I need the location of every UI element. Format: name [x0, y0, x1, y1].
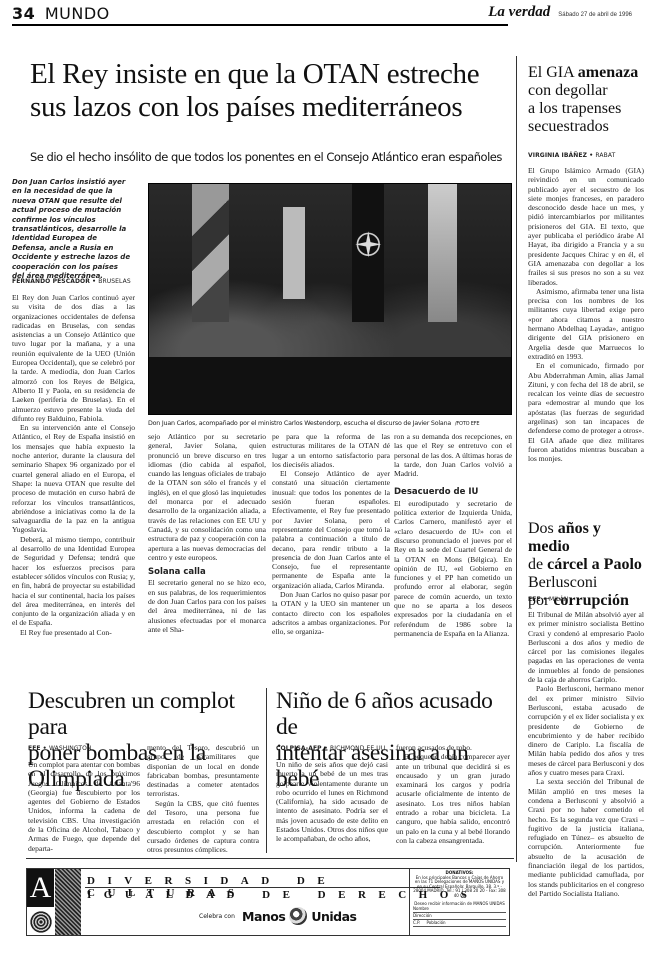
headline-part: Dos [528, 520, 558, 537]
paragraph: Según la CBS, que citó fuentes del Tesor… [147, 799, 259, 855]
headline-line-1: Descubren un complot para [28, 688, 268, 740]
gia-headline: El GIA amenaza con degollar a los trapen… [528, 64, 646, 136]
nino-byline: COLPISA-AFP • RICHMOND EE UU [276, 745, 396, 752]
headline-part: cárcel a Paolo [547, 556, 642, 573]
flag [283, 207, 305, 299]
ad-divider [85, 887, 440, 888]
paragraph: El eurodiputado y secretario de política… [394, 499, 512, 638]
byline-author: FERNANDO PESCADOR [12, 278, 90, 285]
paragraph: El secretario general no se hizo eco, en… [148, 578, 266, 634]
field-label: Población [426, 920, 445, 925]
headline-line-3: Berlusconi [528, 574, 646, 592]
complot-col-2: mento del Tesoro, descubrió un grupo de … [147, 743, 259, 855]
masthead: La verdad Sábado 27 de abril de 1996 [488, 4, 632, 21]
paragraph: El pequeño debía comparecer ayer ante un… [396, 752, 510, 845]
byline-location: MILÁN [549, 596, 569, 603]
headline-part: El GIA [528, 64, 578, 81]
form-text: En los principales Bancos y Cajas de Aho… [413, 876, 506, 899]
paragraph: pe para que la reforma de las estructura… [272, 432, 390, 469]
byline-location: RICHMOND EE UU [330, 745, 385, 752]
manos-unidas-ad[interactable]: A DIVERSIDAD DE CULTURAS IGUALDAD DE DER… [26, 868, 510, 936]
paragraph: Don Juan Carlos no quiso pasar por la OT… [272, 590, 390, 636]
headline-part: amenaza [578, 64, 638, 81]
paragraph: El Consejo Atlántico de ayer constató un… [272, 469, 390, 590]
nato-star-icon [352, 184, 385, 322]
globe-icon [289, 907, 307, 925]
flag [192, 184, 228, 322]
headline-line-1: Dos años y medio [528, 520, 646, 556]
headline-line-4: secuestrados [528, 118, 646, 136]
byline-author: COLPISA-AFP [276, 745, 322, 752]
paragraph: El Tribunal de Milán absolvió ayer al ex… [528, 610, 644, 684]
brand-right: Unidas [311, 909, 356, 924]
gia-byline: VIRGINIA IBÁÑEZ • RABAT [528, 152, 646, 159]
ad-brand: Manos Unidas [242, 907, 356, 925]
flag [428, 184, 457, 322]
main-col-4: ron a su demanda dos recepciones, en las… [394, 432, 512, 638]
headline-line-2: con degollar [528, 82, 646, 100]
page-number: 34 [12, 4, 35, 23]
paragraph: fueron acusados de robo. [396, 743, 510, 752]
complot-col-1: Un complot para atentar con bombas en el… [28, 760, 140, 853]
subhead-solana: Solana calla [148, 568, 266, 577]
page-folio: 34 MUNDO [12, 4, 110, 23]
headline-line-2: sus lazos con los países mediterráneos [30, 91, 514, 124]
ad-top-rule [26, 858, 514, 859]
paragraph: ron a su demanda dos recepciones, en las… [394, 432, 512, 478]
nino-col-2: fueron acusados de robo. El pequeño debí… [396, 743, 510, 845]
conference-table [149, 357, 511, 415]
field-label: C.P. [413, 920, 420, 925]
section-name: MUNDO [45, 4, 110, 23]
paragraph: Un complot para atentar con bombas en el… [28, 760, 140, 853]
donation-form[interactable]: DONATIVOS: En los principales Bancos y C… [409, 869, 509, 935]
seal-icon [30, 911, 52, 933]
ad-texture-image [55, 869, 81, 935]
main-byline: FERNANDO PESCADOR • BRUSELAS [12, 278, 137, 285]
paragraph: La sexta sección del Tribunal de Milán a… [528, 777, 644, 898]
headline-line-3: a los trapenses [528, 100, 646, 118]
byline-location: BRUSELAS [98, 278, 130, 285]
paragraph: El Grupo Islámico Armado (GIA) reivindic… [528, 166, 644, 287]
newspaper-name: La verdad [488, 4, 550, 20]
subhead-iu: Desacuerdo de IU [394, 488, 512, 497]
ad-logo-letter: A [27, 869, 54, 907]
paragraph: En su intervención ante el Consejo Atlán… [12, 423, 135, 535]
photo-credit: /FOTO EFE [455, 421, 479, 427]
paragraph: El Rey don Juan Carlos continuó ayer su … [12, 293, 135, 423]
photo-caption: Don Juan Carlos, acompañado por el minis… [148, 420, 512, 427]
berlusconi-byline: EFE • MILÁN [528, 596, 646, 603]
column-divider [516, 56, 517, 862]
paragraph: Un niño de seis años que dejó casi muert… [276, 760, 388, 844]
byline-location: WASHINGTON [49, 745, 92, 752]
byline-author: EFE [528, 596, 541, 603]
gia-body: El Grupo Islámico Armado (GIA) reivindic… [528, 166, 644, 464]
main-deck: Se dio el hecho insólito de que todos lo… [30, 150, 510, 164]
main-col-2: sejo Atlántico por su secretario general… [148, 432, 266, 634]
byline-author: VIRGINIA IBÁÑEZ [528, 152, 587, 159]
paragraph: El Rey fue presentado al Con- [12, 628, 135, 637]
complot-byline: EFE • WASHINGTON [28, 745, 148, 752]
paragraph: Asimismo, afirmaba tener una lista preci… [528, 287, 644, 361]
paragraph: sejo Atlántico por su secretario general… [148, 432, 266, 562]
main-col-3: pe para que la reforma de las estructura… [272, 432, 390, 637]
headline-line-2: de cárcel a Paolo [528, 556, 646, 574]
story-divider [266, 688, 267, 853]
ad-celebra-text: Celebra con [199, 913, 235, 920]
lead-paragraph: Don Juan Carlos insistió ayer en la nece… [12, 178, 132, 281]
paragraph: mento del Tesoro, descubrió un grupo de … [147, 743, 259, 799]
headline-line-1: Niño de 6 años acusado de [276, 688, 516, 740]
paragraph: En el comunicado, firmado por Abu Abderr… [528, 361, 644, 463]
issue-date: Sábado 27 de abril de 1996 [558, 12, 632, 18]
brand-left: Manos [242, 909, 285, 924]
headline-part: de [528, 556, 547, 573]
nino-col-1: Un niño de seis años que dejó casi muert… [276, 760, 388, 844]
main-col-1: El Rey don Juan Carlos continuó ayer su … [12, 293, 135, 637]
byline-location: RABAT [595, 152, 615, 159]
paragraph: Paolo Berlusconi, hermano menor del ex p… [528, 684, 644, 777]
form-field-cp[interactable]: C.P. Población [413, 921, 506, 927]
headline-line-1: El Rey insiste en que la OTAN estreche [30, 58, 514, 91]
header-rule [12, 24, 508, 26]
berlusconi-body: El Tribunal de Milán absolvió ayer al ex… [528, 610, 644, 898]
paragraph: Deberá, al mismo tiempo, contribuir al d… [12, 535, 135, 628]
headline-line-1: El GIA amenaza [528, 64, 646, 82]
news-photo [148, 183, 512, 415]
nato-flag [352, 184, 385, 322]
caption-text: Don Juan Carlos, acompañado por el minis… [148, 420, 451, 427]
byline-author: EFE [28, 745, 41, 752]
main-headline: El Rey insiste en que la OTAN estreche s… [30, 58, 514, 124]
